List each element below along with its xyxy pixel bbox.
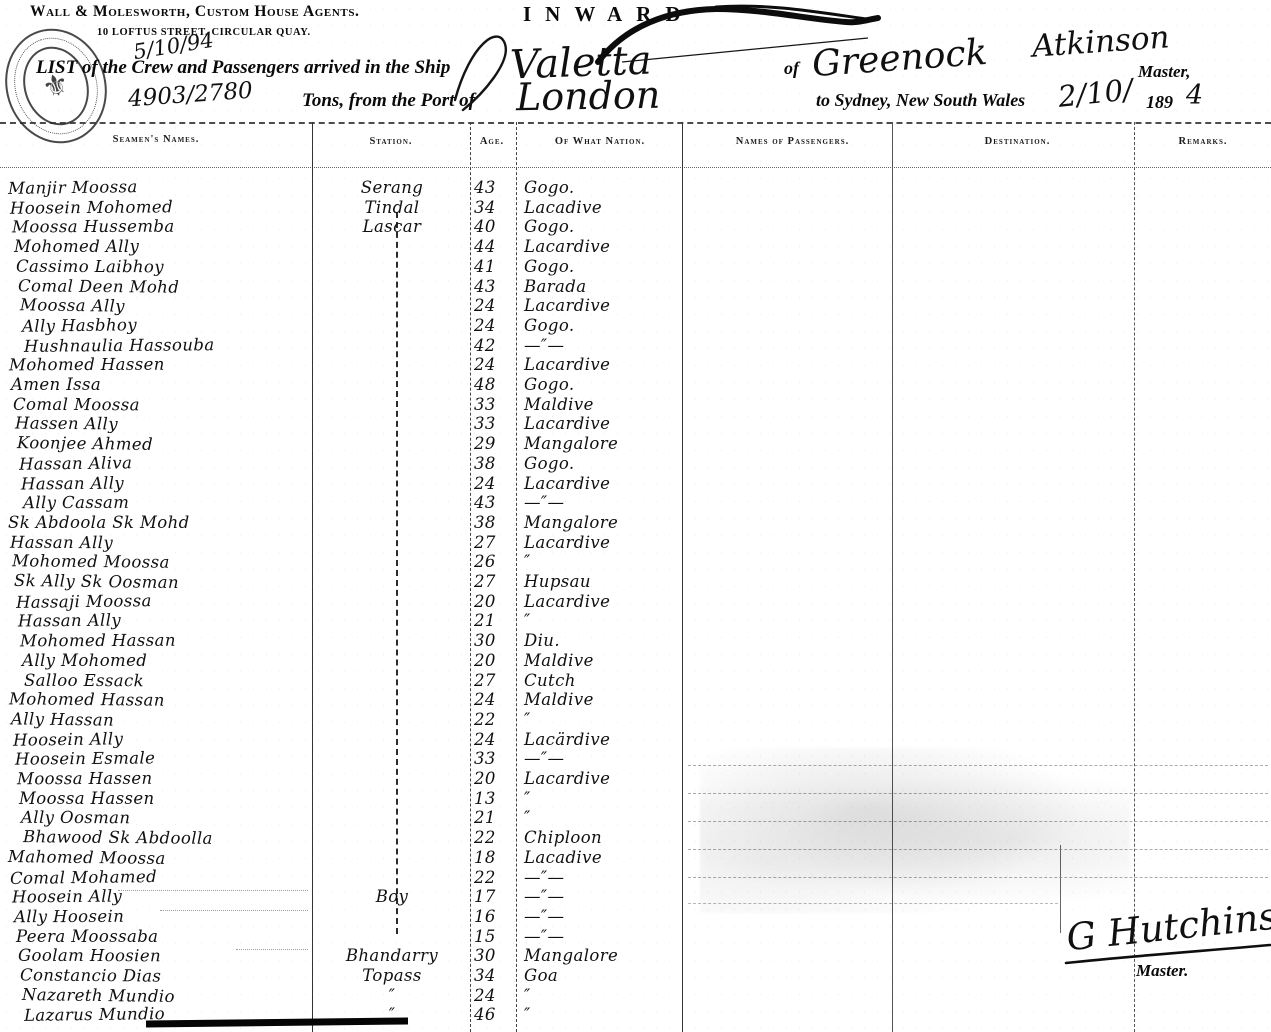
crew-station: ″: [318, 1005, 466, 1024]
crew-name: Moossa Hassen: [19, 789, 155, 808]
crew-name: Ally Hassan: [11, 709, 114, 729]
crew-row: Hushnaulia Hassouba42—″—: [0, 336, 1271, 356]
crew-nation: ″: [524, 1005, 531, 1024]
crew-name: Peera Moossaba: [16, 927, 158, 946]
crew-row: Hassan Aliva38Gogo.: [0, 454, 1271, 474]
crew-nation: Diu.: [524, 631, 560, 650]
crew-list-document: Wall & Molesworth, Custom House Agents. …: [0, 0, 1271, 1032]
crew-row: Mohomed Ally44Lacardive: [0, 237, 1271, 257]
crew-name: Hassan Ally: [10, 532, 113, 551]
crew-name: Ally Oosman: [21, 808, 131, 827]
crew-nation: —″—: [524, 907, 564, 926]
crew-age: 46: [474, 1005, 514, 1024]
crew-name: Mohomed Hassen: [9, 355, 165, 375]
crew-age: 21: [474, 808, 514, 827]
crew-station: Bhandarry: [318, 946, 466, 965]
crew-age: 33: [474, 414, 514, 433]
crew-nation: Gogo.: [524, 217, 575, 236]
crew-station: Topass: [318, 966, 466, 985]
crew-row: Comal Deen Mohd43Barada: [0, 277, 1271, 297]
crew-age: 20: [474, 769, 514, 788]
crew-nation: Gogo.: [524, 375, 575, 394]
crew-age: 33: [474, 395, 514, 414]
crew-row: Koonjee Ahmed29Mangalore: [0, 434, 1271, 454]
crew-age: 42: [474, 336, 514, 355]
crew-station: Serang: [318, 178, 466, 197]
crew-nation: Maldive: [524, 651, 594, 670]
crew-age: 38: [474, 454, 514, 473]
ruled-leader: [688, 793, 1268, 794]
crew-name: Moossa Hussemba: [12, 217, 175, 237]
crew-nation: —″—: [524, 927, 564, 946]
ruled-leader: [688, 849, 1268, 850]
crew-row: Manjir MoossaSerang43Gogo.: [0, 178, 1271, 198]
tonnage-handwritten: 4903/2780: [127, 78, 253, 113]
crew-name: Hassan Ally: [18, 611, 121, 631]
crew-row: Amen Issa48Gogo.: [0, 375, 1271, 395]
crew-row: Sk Ally Sk Oosman27Hupsau: [0, 572, 1271, 592]
crew-row: Hassaji Moossa20Lacardive: [0, 592, 1271, 612]
crew-age: 22: [474, 868, 514, 887]
year-printed: 189: [1146, 92, 1173, 113]
crew-nation: Mangalore: [524, 513, 618, 532]
crew-nation: Lacardive: [524, 592, 610, 611]
crew-row: Hoosein Esmale33—″—: [0, 749, 1271, 769]
crew-age: 34: [474, 966, 514, 985]
crew-age: 16: [474, 907, 514, 926]
crew-row: Hassan Ally21″: [0, 611, 1271, 631]
crew-row: Hassan Ally24Lacardive: [0, 474, 1271, 494]
ruled-leader: [160, 910, 308, 911]
crew-nation: Lacardive: [524, 769, 610, 788]
column-header-age: Age.: [468, 136, 516, 147]
crew-name: Comal Deen Mohd: [18, 276, 179, 296]
crew-age: 24: [474, 986, 514, 1005]
crew-age: 43: [474, 493, 514, 512]
crew-name: Goolam Hoosien: [18, 946, 161, 966]
crew-age: 26: [474, 552, 514, 571]
crew-row: Constancio DiasTopass34Goa: [0, 966, 1271, 986]
crew-row: Cassimo Laibhoy41Gogo.: [0, 257, 1271, 277]
crew-name: Hoosein Mohomed: [10, 197, 173, 217]
crew-age: 27: [474, 572, 514, 591]
column-header-remarks: Remarks.: [1136, 136, 1270, 147]
crew-row: Moossa HussembaLascar40Gogo.: [0, 217, 1271, 237]
ruled-leader: [118, 890, 308, 891]
agent-firm-name: Wall & Molesworth, Custom House Agents.: [30, 3, 360, 21]
crew-nation: —″—: [524, 749, 564, 768]
port-of-origin-handwritten: London: [516, 73, 661, 120]
registry-port-handwritten: Greenock: [811, 32, 989, 85]
crew-name: Comal Moossa: [13, 394, 140, 414]
crew-nation: Lacadive: [524, 848, 602, 867]
crew-name: Salloo Essack: [24, 670, 144, 690]
crew-nation: ″: [524, 808, 531, 827]
crew-row: Hoosein Ally24Lacärdive: [0, 730, 1271, 750]
column-header-destination: Destination.: [905, 136, 1130, 147]
arrival-date-handwritten: 2/10/: [1056, 72, 1134, 114]
crew-name: Sk Abdoola Sk Mohd: [8, 513, 190, 532]
crew-nation: Lacardive: [524, 474, 610, 493]
master-signature-label: Master.: [1136, 961, 1188, 981]
crew-nation: Gogo.: [524, 257, 575, 276]
crew-row: Lazarus Mundio″46″: [0, 1005, 1271, 1025]
crew-age: 13: [474, 789, 514, 808]
header-underline-rule: [0, 167, 1271, 168]
crew-nation: Lacadive: [524, 198, 602, 217]
crew-row: Mohomed Hassan24Maldive: [0, 690, 1271, 710]
table-top-rule: [0, 122, 1271, 124]
crew-name: Hassan Ally: [21, 473, 124, 493]
crew-nation: Lacardive: [524, 533, 610, 552]
master-name-handwritten: Atkinson: [1031, 19, 1171, 65]
crew-age: 29: [474, 434, 514, 453]
crew-row: Comal Moossa33Maldive: [0, 395, 1271, 415]
crew-name: Ally Mohomed: [22, 651, 147, 670]
crew-nation: —″—: [524, 887, 564, 906]
crew-age: 15: [474, 927, 514, 946]
list-title: LIST of the Crew and Passengers arrived …: [36, 57, 450, 79]
crew-nation: Barada: [524, 277, 587, 296]
crew-name: Cassimo Laibhoy: [16, 256, 164, 276]
column-header-station: Station.: [316, 136, 466, 147]
crew-name: Hassaji Moossa: [16, 591, 152, 612]
crew-name: Moossa Hassen: [17, 769, 153, 789]
crew-row: Salloo Essack27Cutch: [0, 671, 1271, 691]
crew-nation: Hupsau: [524, 572, 591, 591]
crew-name: Ally Hasbhoy: [22, 315, 137, 336]
crew-row: Ally Oosman21″: [0, 808, 1271, 828]
crew-name: Constancio Dias: [20, 965, 161, 985]
ruled-leader: [236, 949, 308, 950]
crew-nation: Chiploon: [524, 828, 602, 847]
crew-age: 41: [474, 257, 514, 276]
crew-nation: —″—: [524, 493, 564, 512]
destination-line: to Sydney, New South Wales: [816, 90, 1025, 111]
crew-nation: Mangalore: [524, 434, 618, 453]
crew-age: 17: [474, 887, 514, 906]
crew-nation: Gogo.: [524, 454, 575, 473]
crew-age: 22: [474, 710, 514, 729]
crew-age: 43: [474, 277, 514, 296]
crew-age: 33: [474, 749, 514, 768]
crew-age: 40: [474, 217, 514, 236]
crew-station: Tindal: [318, 198, 466, 217]
crew-nation: Lacardive: [524, 237, 610, 256]
inward-strike-stroke: [716, 6, 874, 20]
crew-nation: Gogo.: [524, 178, 575, 197]
crew-nation: ″: [524, 789, 531, 808]
crew-age: 43: [474, 178, 514, 197]
column-header-passengers: Names of Passengers.: [690, 136, 895, 147]
crew-name: Mahomed Moossa: [8, 847, 166, 868]
crew-name: Hassan Aliva: [19, 453, 133, 473]
crew-row: Moossa Hassen13″: [0, 789, 1271, 809]
column-header-seamens-names: Seamen's Names.: [40, 134, 272, 145]
crew-name: Sk Ally Sk Oosman: [14, 571, 179, 592]
crew-row: Nazareth Mundio″24″: [0, 986, 1271, 1006]
crew-nation: Gogo.: [524, 316, 575, 335]
master-label: Master,: [1138, 62, 1190, 82]
crew-name: Lazarus Mundio: [24, 1004, 165, 1025]
crew-age: 24: [474, 730, 514, 749]
crew-row: Mahomed Moossa18Lacadive: [0, 848, 1271, 868]
crew-nation: Lacardive: [524, 296, 610, 315]
crew-nation: Maldive: [524, 395, 594, 414]
crew-nation: ″: [524, 710, 531, 729]
year-handwritten: 4: [1186, 80, 1203, 111]
crew-row: Hassan Ally27Lacardive: [0, 533, 1271, 553]
column-header-nation: Of What Nation.: [520, 136, 680, 147]
crew-name: Mohomed Hassan: [20, 631, 176, 651]
crew-age: 30: [474, 946, 514, 965]
crew-name: Koonjee Ahmed: [17, 433, 153, 454]
crew-name: Hassen Ally: [15, 414, 118, 434]
crew-station: ″: [318, 986, 466, 1005]
crew-age: 24: [474, 296, 514, 315]
crew-age: 30: [474, 631, 514, 650]
crew-nation: ″: [524, 986, 531, 1005]
crew-name: Manjir Moossa: [8, 177, 138, 198]
tons-label: Tons, from the Port of: [302, 90, 475, 112]
crew-row: Moossa Hassen20Lacardive: [0, 769, 1271, 789]
crew-row: Mohomed Hassan30Diu.: [0, 631, 1271, 651]
crew-row: Moossa Ally24Lacardive: [0, 296, 1271, 316]
crew-row: Mohomed Moossa26″: [0, 552, 1271, 572]
crew-name: Ally Hoosein: [14, 907, 124, 926]
crew-age: 22: [474, 828, 514, 847]
inward-label: INWARD: [523, 2, 695, 27]
crew-nation: ″: [524, 611, 531, 630]
crew-row: Ally Hassan22″: [0, 710, 1271, 730]
crew-name: Ally Cassam: [23, 493, 129, 512]
crew-row: Hassen Ally33Lacardive: [0, 414, 1271, 434]
ruled-leader: [688, 821, 1268, 822]
crew-name: Comal Mohamed: [10, 867, 157, 888]
crew-nation: Maldive: [524, 690, 594, 709]
crew-age: 27: [474, 533, 514, 552]
crew-age: 27: [474, 671, 514, 690]
crew-name: Mohomed Moossa: [12, 552, 170, 572]
crew-row: Bhawood Sk Abdoolla22Chiploon: [0, 828, 1271, 848]
crew-nation: Mangalore: [524, 946, 618, 965]
crew-name: Mohomed Hassan: [9, 690, 165, 710]
crew-row: Mohomed Hassen24Lacardive: [0, 355, 1271, 375]
crew-nation: Lacärdive: [524, 730, 610, 749]
crew-nation: —″—: [524, 868, 564, 887]
crew-row: Ally Hasbhoy24Gogo.: [0, 316, 1271, 336]
crew-age: 21: [474, 611, 514, 630]
ruled-leader: [688, 877, 1268, 878]
crew-age: 24: [474, 474, 514, 493]
crew-age: 24: [474, 316, 514, 335]
crew-name: Hoosein Ally: [12, 887, 122, 907]
crew-nation: Goa: [524, 966, 558, 985]
crew-age: 24: [474, 355, 514, 374]
crew-name: Amen Issa: [11, 375, 101, 394]
crew-row: Ally Mohomed20Maldive: [0, 651, 1271, 671]
crew-row: Sk Abdoola Sk Mohd38Mangalore: [0, 513, 1271, 533]
crew-age: 34: [474, 198, 514, 217]
crew-name: Mohomed Ally: [14, 237, 139, 256]
crew-row: Ally Cassam43—″—: [0, 493, 1271, 513]
crew-name: Moossa Ally: [20, 296, 125, 316]
crew-name: Hushnaulia Hassouba: [24, 335, 215, 356]
crew-name: Nazareth Mundio: [22, 985, 175, 1006]
crew-age: 20: [474, 651, 514, 670]
crew-age: 44: [474, 237, 514, 256]
crew-nation: Lacardive: [524, 414, 610, 433]
crew-age: 20: [474, 592, 514, 611]
ruled-leader: [688, 765, 1268, 766]
crew-nation: ″: [524, 552, 531, 571]
ruled-leader: [688, 903, 1058, 904]
crew-age: 24: [474, 690, 514, 709]
crew-nation: —″—: [524, 336, 564, 355]
crew-age: 38: [474, 513, 514, 532]
crew-name: Bhawood Sk Abdoolla: [23, 827, 213, 848]
crew-nation: Lacardive: [524, 355, 610, 374]
crew-age: 48: [474, 375, 514, 394]
crew-station: Boy: [318, 887, 466, 906]
crew-age: 18: [474, 848, 514, 867]
crew-nation: Cutch: [524, 671, 576, 690]
of-label: of: [784, 58, 799, 79]
crew-station: Lascar: [318, 217, 466, 236]
crew-row: Hoosein MohomedTindal34Lacadive: [0, 198, 1271, 218]
crew-name: Hoosein Esmale: [15, 749, 155, 769]
crew-name: Hoosein Ally: [13, 729, 123, 749]
